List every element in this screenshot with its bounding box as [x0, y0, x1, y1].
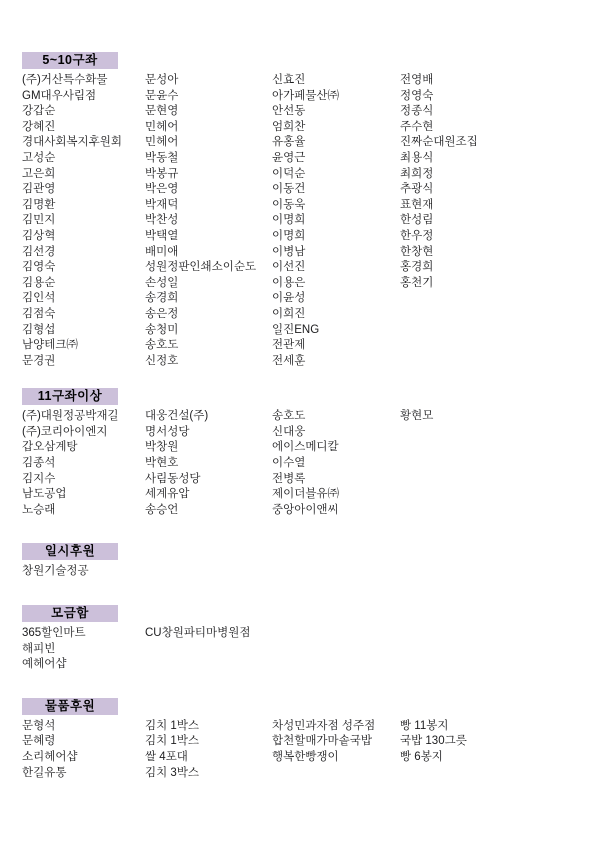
column-3: 송호도신대웅에이스메디칼이수열전병록제이더블유㈜중앙아이앤씨	[272, 409, 400, 518]
donor-name: 김형섭	[22, 323, 145, 339]
donor-name: 박현호	[145, 456, 272, 472]
column-1: (주)대원정공박재길(주)코리아이엔지갑오삼계탕김종석김지수남도공업노승래	[22, 409, 145, 518]
donor-name: 김상혁	[22, 229, 145, 245]
column-4: 황현모	[400, 409, 592, 425]
donor-name: 365할인마트	[22, 626, 145, 642]
donor-name: 제이더블유㈜	[272, 487, 400, 503]
donor-name: 강혜진	[22, 120, 145, 136]
donor-name: 이덕순	[272, 167, 400, 183]
donor-name: 송호도	[272, 409, 400, 425]
donor-name: 김종석	[22, 456, 145, 472]
column-2: CU창원파티마병원점	[145, 626, 272, 642]
donor-name: 김민지	[22, 213, 145, 229]
donation-item: 김치 1박스	[145, 734, 272, 750]
donor-name: 차성민과자점 성주점	[272, 719, 400, 735]
donor-name: 홍천기	[400, 276, 592, 292]
donor-name: 일진ENG	[272, 323, 400, 339]
donor-name: 성원정판인쇄소이순도	[145, 260, 272, 276]
donor-name: 노승래	[22, 503, 145, 519]
donor-name: 이선진	[272, 260, 400, 276]
donor-name: 민헤어	[145, 120, 272, 136]
donor-name: 사림동성당	[145, 472, 272, 488]
donor-name: 남양테크㈜	[22, 338, 145, 354]
donor-name: 김지수	[22, 472, 145, 488]
column-3: 신효진아가페물산㈜안선동엄희찬유홍율윤영근이덕순이동건이동욱이명희이명희이병남이…	[272, 73, 400, 369]
donor-name: 소리헤어샵	[22, 750, 145, 766]
column-2: 문성아문윤수문현영민헤어민헤어박동철박봉규박은영박재덕박찬성박택열배미애성원정판…	[145, 73, 272, 369]
column-4: 빵 11봉지국밥 130그릇빵 6봉지	[400, 719, 592, 766]
donation-item: 김치 3박스	[145, 766, 272, 782]
donor-name: 전병록	[272, 472, 400, 488]
column-3: 차성민과자점 성주점합천할매가마솥국밥행복한빵쟁이	[272, 719, 400, 766]
donor-name: 전영배	[400, 73, 592, 89]
section-title-donation-box: 모금함	[22, 605, 118, 622]
donor-name: 중앙아이앤씨	[272, 503, 400, 519]
donor-name: 송승언	[145, 503, 272, 519]
donor-name: 전세훈	[272, 354, 400, 370]
donor-name: 이용은	[272, 276, 400, 292]
donor-name: 유홍율	[272, 135, 400, 151]
donor-name: 이명희	[272, 229, 400, 245]
section-columns: 365할인마트해피빈예헤어샵CU창원파티마병원점	[22, 626, 592, 673]
donor-name: 박택열	[145, 229, 272, 245]
donor-name: 경대사회복지후원회	[22, 135, 145, 151]
donor-name: 황현모	[400, 409, 592, 425]
donor-name: GM대우사림점	[22, 89, 145, 105]
donor-name: 강갑순	[22, 104, 145, 120]
donor-name: 신정호	[145, 354, 272, 370]
donor-name: 박동철	[145, 151, 272, 167]
section-accounts-11-plus: 11구좌이상(주)대원정공박재길(주)코리아이엔지갑오삼계탕김종석김지수남도공업…	[22, 388, 592, 518]
donor-name: 고성순	[22, 151, 145, 167]
sections-root: 5~10구좌(주)거산특수화물GM대우사림점강갑순강혜진경대사회복지후원회고성순…	[22, 52, 592, 781]
donor-name: 박창원	[145, 440, 272, 456]
donor-name: 문현영	[145, 104, 272, 120]
donor-name: 한우정	[400, 229, 592, 245]
donor-name: 송경희	[145, 291, 272, 307]
donor-name: 김용순	[22, 276, 145, 292]
donor-name: 박봉규	[145, 167, 272, 183]
column-1: 창원기술정공	[22, 564, 145, 580]
section-title-accounts-11-plus: 11구좌이상	[22, 388, 118, 405]
donor-name: 최용식	[400, 151, 592, 167]
donor-name: 안선동	[272, 104, 400, 120]
section-donation-box: 모금함365할인마트해피빈예헤어샵CU창원파티마병원점	[22, 605, 592, 673]
donor-name: 엄희찬	[272, 120, 400, 136]
donor-name: 손성일	[145, 276, 272, 292]
donor-name: 세계유압	[145, 487, 272, 503]
donor-name: 이동건	[272, 182, 400, 198]
column-1: 365할인마트해피빈예헤어샵	[22, 626, 145, 673]
donor-name: 이명희	[272, 213, 400, 229]
donor-name: 예헤어샵	[22, 657, 145, 673]
donor-name: 고은희	[22, 167, 145, 183]
column-1: (주)거산특수화물GM대우사림점강갑순강혜진경대사회복지후원회고성순고은희김관영…	[22, 73, 145, 369]
donor-name: 창원기술정공	[22, 564, 145, 580]
donor-name: 송호도	[145, 338, 272, 354]
donor-name: 최희정	[400, 167, 592, 183]
section-title-goods-support: 물품후원	[22, 698, 118, 715]
donor-name: 신대웅	[272, 425, 400, 441]
donor-name: 주수현	[400, 120, 592, 136]
donor-name: 송은정	[145, 307, 272, 323]
section-title-one-time-support: 일시후원	[22, 543, 118, 560]
donor-name: 갑오삼계탕	[22, 440, 145, 456]
donor-name: 박은영	[145, 182, 272, 198]
section-columns: (주)거산특수화물GM대우사림점강갑순강혜진경대사회복지후원회고성순고은희김관영…	[22, 73, 592, 369]
donor-name: 한길유통	[22, 766, 145, 782]
donor-name: 박찬성	[145, 213, 272, 229]
donor-name: 김점숙	[22, 307, 145, 323]
donation-item: 국밥 130그릇	[400, 734, 592, 750]
donor-name: 김관영	[22, 182, 145, 198]
donor-name: (주)대원정공박재길	[22, 409, 145, 425]
donor-name: 진짜순대원조집	[400, 135, 592, 151]
donor-name: 윤영근	[272, 151, 400, 167]
column-2: 대웅건설(주)명서성당박창원박현호사림동성당세계유압송승언	[145, 409, 272, 518]
donation-item: 빵 11봉지	[400, 719, 592, 735]
donor-name: 문혜령	[22, 734, 145, 750]
section-columns: 창원기술정공	[22, 564, 592, 580]
donor-name: 추광식	[400, 182, 592, 198]
donor-name: CU창원파티마병원점	[145, 626, 272, 642]
donor-name: 정영숙	[400, 89, 592, 105]
donor-name: 홍경희	[400, 260, 592, 276]
donor-name: 표현재	[400, 198, 592, 214]
donor-name: 전관제	[272, 338, 400, 354]
donor-name: 이수열	[272, 456, 400, 472]
donor-name: 민헤어	[145, 135, 272, 151]
section-title-accounts-5-10: 5~10구좌	[22, 52, 118, 69]
section-accounts-5-10: 5~10구좌(주)거산특수화물GM대우사림점강갑순강혜진경대사회복지후원회고성순…	[22, 52, 592, 369]
donation-item: 빵 6봉지	[400, 750, 592, 766]
donor-name: 배미애	[145, 245, 272, 261]
column-4: 전영배정영숙정종식주수현진짜순대원조집최용식최희정추광식표현재한성림한우정한창현…	[400, 73, 592, 291]
donor-name: 박재덕	[145, 198, 272, 214]
donor-name: 한창현	[400, 245, 592, 261]
donor-name: 한성림	[400, 213, 592, 229]
column-2: 김치 1박스김치 1박스쌀 4포대김치 3박스	[145, 719, 272, 781]
donor-name: (주)코리아이엔지	[22, 425, 145, 441]
donor-name: 대웅건설(주)	[145, 409, 272, 425]
donor-name: 아가페물산㈜	[272, 89, 400, 105]
donor-name: 송청미	[145, 323, 272, 339]
donor-name: 김인석	[22, 291, 145, 307]
donor-name: 문성아	[145, 73, 272, 89]
donor-name: 남도공업	[22, 487, 145, 503]
section-goods-support: 물품후원문형석문혜령소리헤어샵한길유통김치 1박스김치 1박스쌀 4포대김치 3…	[22, 698, 592, 781]
donor-name: 김영숙	[22, 260, 145, 276]
donor-name: 이동욱	[272, 198, 400, 214]
column-1: 문형석문혜령소리헤어샵한길유통	[22, 719, 145, 781]
donor-name: 문경권	[22, 354, 145, 370]
section-one-time-support: 일시후원창원기술정공	[22, 543, 592, 580]
donor-name: 에이스메디칼	[272, 440, 400, 456]
section-columns: (주)대원정공박재길(주)코리아이엔지갑오삼계탕김종석김지수남도공업노승래대웅건…	[22, 409, 592, 518]
donor-name: 신효진	[272, 73, 400, 89]
donor-name: 이희진	[272, 307, 400, 323]
donor-name: 행복한빵쟁이	[272, 750, 400, 766]
donor-name: 이윤성	[272, 291, 400, 307]
donor-name: 정종식	[400, 104, 592, 120]
section-columns: 문형석문혜령소리헤어샵한길유통김치 1박스김치 1박스쌀 4포대김치 3박스차성…	[22, 719, 592, 781]
donor-name: 김명환	[22, 198, 145, 214]
donor-name: 해피빈	[22, 642, 145, 658]
donor-name: 이병남	[272, 245, 400, 261]
donor-name: (주)거산특수화물	[22, 73, 145, 89]
donor-name: 문윤수	[145, 89, 272, 105]
donor-list-page: 5~10구좌(주)거산특수화물GM대우사림점강갑순강혜진경대사회복지후원회고성순…	[0, 0, 600, 849]
donor-name: 문형석	[22, 719, 145, 735]
donor-name: 김선경	[22, 245, 145, 261]
donor-name: 합천할매가마솥국밥	[272, 734, 400, 750]
donation-item: 김치 1박스	[145, 719, 272, 735]
donation-item: 쌀 4포대	[145, 750, 272, 766]
donor-name: 명서성당	[145, 425, 272, 441]
